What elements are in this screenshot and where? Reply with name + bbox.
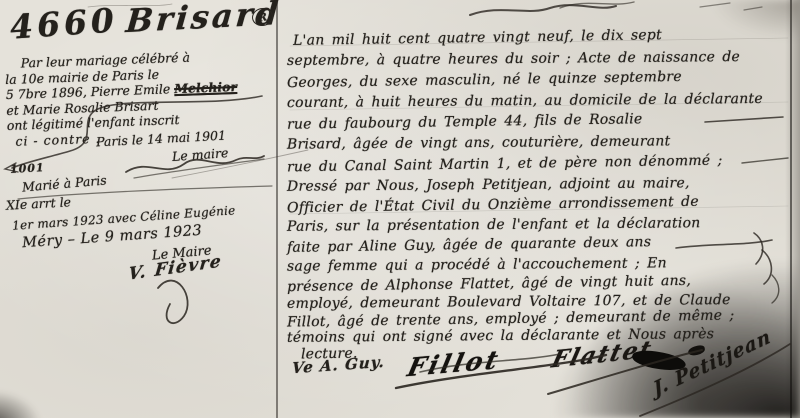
bottom-left-stain [0,390,42,418]
act-line: rue du Canal Saint Martin 1, et de père … [287,153,723,176]
act-line: courant, à huit heures du matin, au domi… [287,91,763,111]
scanned-register-page: { "header": { "act_number": "4660", "fam… [0,0,800,418]
act-line: L'an mil huit cent quatre vingt neuf, le… [293,27,662,49]
act-line: présence de Alphonse Flattet, âgé de vin… [287,273,691,295]
marriage-note-line: Marié à Paris [22,172,108,194]
mayor-title: Le maire [172,145,229,164]
act-line: sage femme qui a procédé à l'accouchemen… [287,255,667,274]
act-line: septembre, à quatre heures du soir ; Act… [287,49,740,69]
margin-divider-rule [276,0,278,418]
act-line: Paris, sur la présentation de l'enfant e… [287,215,701,235]
act-number: 4660 [9,0,119,46]
marriage-note-line: XIe arrt le [6,194,72,212]
act-line: Dressé par Nous, Joseph Petitjean, adjoi… [287,175,690,195]
act-line: Georges, du sexe masculin, né le quinze … [287,69,682,91]
act-line: Brisard, âgée de vingt ans, couturière, … [287,133,671,152]
struck-name: Melchior [174,79,237,97]
act-line: faite par Aline Guy, âgée de quarante de… [287,234,651,256]
registry-number: 1001 [10,161,45,176]
act-line: rue du faubourg du Temple 44, fils de Ro… [287,111,643,133]
act-line: Officier de l'État Civil du Onzième arro… [287,194,699,216]
